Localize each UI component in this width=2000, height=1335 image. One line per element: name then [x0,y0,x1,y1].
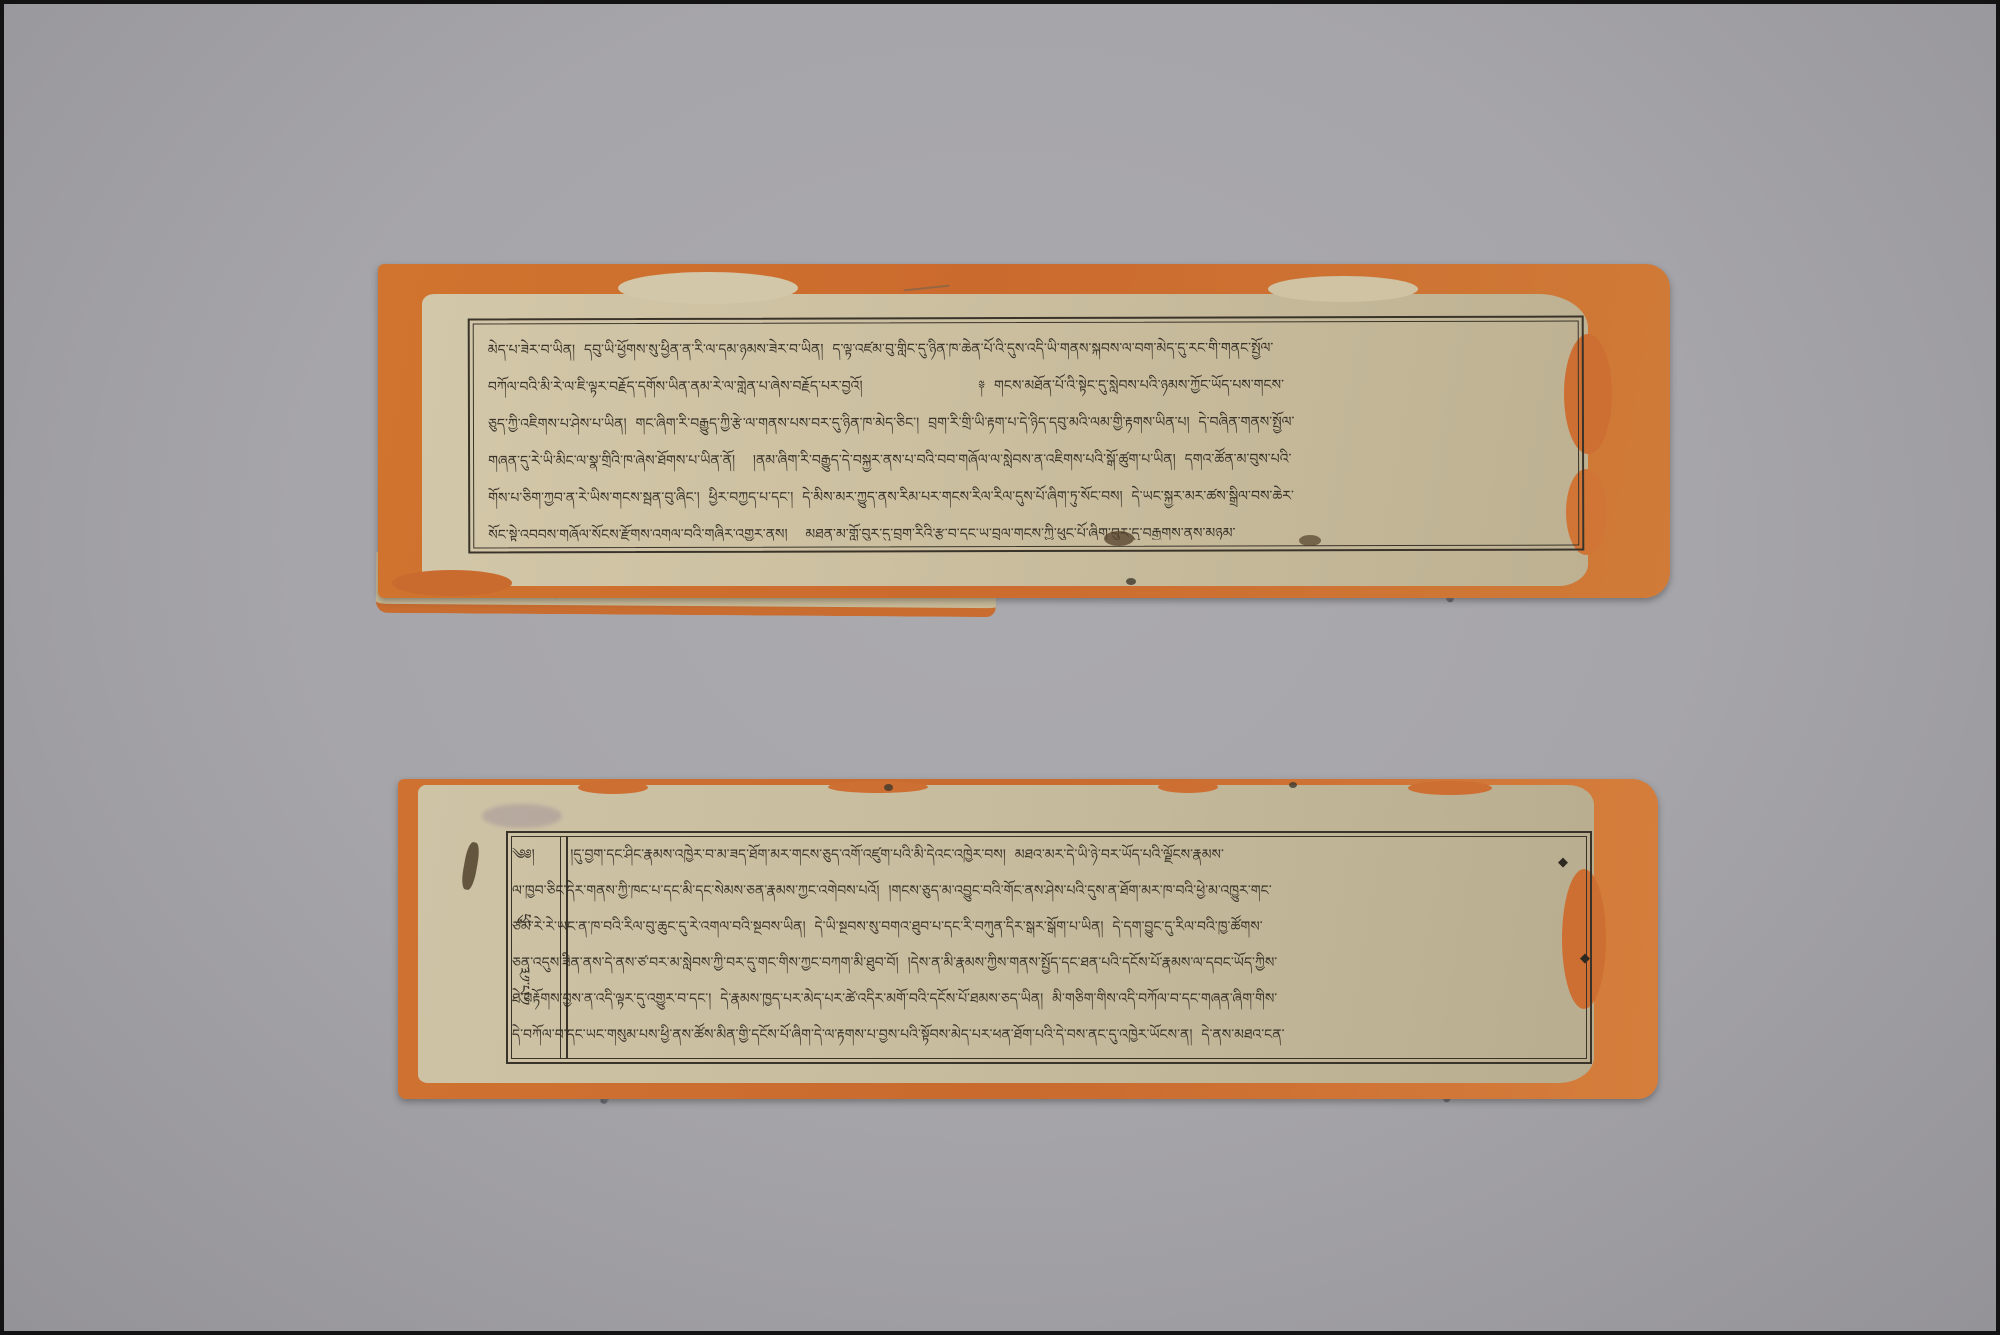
faded-purple-smudge [482,804,562,828]
debris-speck [1126,578,1136,585]
debris-speck [884,784,893,791]
text-line: བཀོལ་བའི་མི་རེ་ལ་ཇི་ལྟར་བརྗོད་དགོས་ཡིན་ན… [488,367,1566,407]
text-line: མེད་པ་ཟེར་བ་ཡིན། དབུ་ཡི་ཕྱོགས་སུ་ཕྱིན་ན་… [488,330,1566,370]
text-frame-inner-rule: ཕུ་ ༣༡་པ་༡ ༄༅། །དུ་བྱག་དང་ཤིང་རྣམས་འཁྱེར… [511,836,1587,1059]
text-line: གཞན་དུ་རེ་ཡི་མིང་ལ་སྣ་གྲིའི་ཁ་ཞེས་ཐོགས་པ… [488,441,1566,481]
manuscript-leaf-top: མེད་པ་ཟེར་བ་ཡིན། དབུ་ཡི་ཕྱོགས་སུ་ཕྱིན་ན་… [378,264,1670,598]
orange-edge-blob [392,570,512,596]
paper-edge-blob [618,272,798,304]
ink-blot [1104,531,1134,546]
orange-edge-blob [1158,781,1218,793]
text-frame: ཕུ་ ༣༡་པ་༡ ༄༅། །དུ་བྱག་དང་ཤིང་རྣམས་འཁྱེར… [506,831,1592,1064]
text-line: ༄༅། །དུ་བྱག་དང་ཤིང་རྣམས་འཁྱེར་བ་མ་ཟད་ཐོག… [512,837,1285,873]
yig-mgo-head-mark: ༄༅། [512,847,535,863]
text-line: ཅུད་ཀྱི་འཇིགས་པ་ཤེས་པ་ཡིན། གང་ཞིག་རི་བརྒ… [488,404,1566,444]
text-frame: མེད་པ་ཟེར་བ་ཡིན། དབུ་ཡི་ཕྱོགས་སུ་ཕྱིན་ན་… [468,316,1585,554]
debris-speck [1289,782,1297,788]
text-block: མེད་པ་ཟེར་བ་ཡིན། དབུ་ཡི་ཕྱོགས་སུ་ཕྱིན་ན་… [488,330,1567,542]
text-line: གོས་པ་ཅིག་ཀྱབ་ན་རེ་ཡིས་གངས་སྦན་བུ་ཞིང་། … [488,478,1566,518]
orange-edge-blob [578,781,648,794]
photo-backdrop: མེད་པ་ཟེར་བ་ཡིན། དབུ་ཡི་ཕྱོགས་སུ་ཕྱིན་ན་… [0,0,2000,1335]
text-line: ཐེ་བརྟོགས་བྱས་ན་འདི་ལྟར་དུ་འགྱུར་བ་དང་། … [512,981,1285,1017]
text-line: ཙམ་རེ་རེ་ཡང་ན་ཁ་བའི་རིལ་བུ་ཆུང་དུ་རེ་འགལ… [512,909,1285,945]
text-frame-inner-rule: མེད་པ་ཟེར་བ་ཡིན། དབུ་ཡི་ཕྱོགས་སུ་ཕྱིན་ན་… [473,321,1580,549]
manuscript-leaf-bottom: ཕུ་ ༣༡་པ་༡ ༄༅། །དུ་བྱག་དང་ཤིང་རྣམས་འཁྱེར… [398,779,1658,1099]
text-line: ཅན་འདུས་ཟིན་ནས་དེ་ནས་ཙ་བར་མ་སླེབས་ཀྱི་བར… [512,945,1285,981]
ink-blot [1299,535,1321,546]
text-line-continue: །དུ་བྱག་དང་ཤིང་རྣམས་འཁྱེར་བ་མ་ཟད་ཐོག་མར་… [535,847,1224,863]
line-end-diamond-ornament: ◆ [1580,951,1590,966]
line-end-diamond-ornament: ◆ [1558,855,1568,870]
text-line: ལ་ཁྱབ་ཅིང་དེར་གནས་ཀྱི་ཁང་པ་དང་མི་དང་སེམས… [512,873,1285,909]
orange-edge-blob [828,781,928,793]
text-line: སོང་སྟེ་འབབས་གཞོལ་སོངས་རྫོགས་འགལ་བའི་གཞི… [488,515,1566,542]
text-block: ༄༅། །དུ་བྱག་དང་ཤིང་རྣམས་འཁྱེར་བ་མ་ཟད་ཐོག… [512,837,1285,1053]
paper-edge-blob [1268,276,1418,302]
text-line: དེ་བཀོལ་བ་དང་ཡང་གསུམ་པས་ཕྱི་ནས་ཚོས་མིན་ག… [512,1017,1285,1053]
orange-edge-blob [1408,781,1492,795]
